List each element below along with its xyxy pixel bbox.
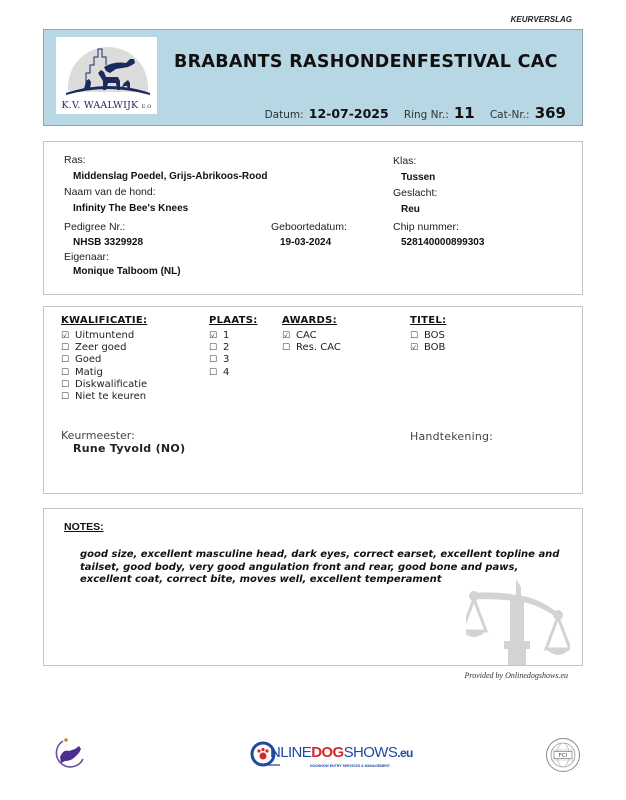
onlinedogshows-logo: NLINEDOGSHOWS.eu DOGSHOW ENTRY SERVICES …: [250, 741, 382, 775]
checkbox-option-label: 3: [223, 354, 229, 365]
checkbox-option-label: Goed: [75, 354, 101, 365]
checkbox-option[interactable]: ☐Niet te keuren: [61, 391, 147, 403]
birthdate-value: 19-03-2024: [280, 237, 331, 248]
document-type-label: KEURVERSLAG: [511, 15, 572, 24]
checkbox-option[interactable]: ☐3: [209, 354, 258, 366]
checked-box-icon[interactable]: ☑: [209, 330, 223, 342]
awards-options: ☑CAC☐Res. CAC: [282, 330, 341, 354]
checked-box-icon[interactable]: ☑: [282, 330, 296, 342]
checkbox-option[interactable]: ☐Goed: [61, 354, 147, 366]
event-meta: Datum: 12-07-2025 Ring Nr.: 11 Cat-Nr.: …: [265, 103, 566, 122]
checkbox-option-label: CAC: [296, 330, 317, 341]
checkbox-option[interactable]: ☑1: [209, 330, 258, 342]
cat-label: Cat-Nr.:: [490, 109, 530, 121]
checkbox-option-label: Uitmuntend: [75, 330, 134, 341]
unchecked-box-icon[interactable]: ☐: [61, 342, 75, 354]
notes-heading: NOTES:: [64, 521, 104, 533]
ods-logo-subtitle: DOGSHOW ENTRY SERVICES & MANAGEMENT: [310, 764, 390, 768]
checkbox-option-label: 1: [223, 330, 229, 341]
title-heading: TITEL:: [410, 315, 446, 326]
checkbox-option-label: Matig: [75, 367, 103, 378]
checkbox-option-label: Res. CAC: [296, 342, 341, 353]
placement-column: PLAATS: ☑1☐2☐3☐4: [209, 315, 258, 379]
scales-of-justice-icon: [466, 579, 570, 665]
date-value: 12-07-2025: [309, 106, 389, 121]
checkbox-option[interactable]: ☐Res. CAC: [282, 342, 341, 354]
unchecked-box-icon[interactable]: ☐: [209, 367, 223, 379]
club-logo-dogs-icon: [56, 37, 157, 99]
notes-panel: NOTES: good size, excellent masculine he…: [43, 508, 583, 666]
event-header: K.V. WAALWIJK E.O BRABANTS RASHONDENFEST…: [43, 29, 583, 126]
signature-label: Handtekening:: [410, 430, 493, 443]
sex-label: Geslacht:: [393, 187, 437, 199]
breed-value: Middenslag Poedel, Grijs-Abrikoos-Rood: [73, 171, 267, 182]
fci-logo-icon: FCI: [545, 737, 581, 773]
checkbox-option[interactable]: ☐Zeer goed: [61, 342, 147, 354]
qualification-options: ☑Uitmuntend☐Zeer goed☐Goed☐Matig☐Diskwal…: [61, 330, 147, 403]
checkbox-option[interactable]: ☑CAC: [282, 330, 341, 342]
dog-name-label: Naam van de hond:: [64, 186, 156, 198]
title-options: ☐BOS☑BOB: [410, 330, 446, 354]
chip-value: 528140000899303: [401, 237, 484, 248]
dog-sport-logo-icon: [53, 737, 87, 771]
class-value: Tussen: [401, 172, 435, 183]
unchecked-box-icon[interactable]: ☐: [410, 330, 424, 342]
pedigree-label: Pedigree Nr.:: [64, 221, 125, 233]
unchecked-box-icon[interactable]: ☐: [61, 354, 75, 366]
club-logo-text: K.V. WAALWIJK E.O: [56, 100, 157, 111]
placement-options: ☑1☐2☐3☐4: [209, 330, 258, 379]
checked-box-icon[interactable]: ☑: [410, 342, 424, 354]
checkbox-option[interactable]: ☐Diskwalificatie: [61, 379, 147, 391]
checkbox-option[interactable]: ☐Matig: [61, 367, 147, 379]
ring-value: 11: [454, 104, 475, 122]
checkbox-option[interactable]: ☑BOB: [410, 342, 446, 354]
checked-box-icon[interactable]: ☑: [61, 330, 75, 342]
unchecked-box-icon[interactable]: ☐: [61, 391, 75, 403]
judge-value: Rune Tyvold (NO): [73, 442, 185, 455]
judge-label: Keurmeester:: [61, 429, 135, 442]
breed-label: Ras:: [64, 154, 86, 166]
chip-label: Chip nummer:: [393, 221, 459, 233]
club-logo: K.V. WAALWIJK E.O: [56, 37, 157, 114]
unchecked-box-icon[interactable]: ☐: [282, 342, 296, 354]
unchecked-box-icon[interactable]: ☐: [209, 342, 223, 354]
ring-label: Ring Nr.:: [404, 109, 449, 121]
checkbox-option-label: BOB: [424, 342, 445, 353]
birthdate-label: Geboortedatum:: [271, 221, 347, 233]
placement-heading: PLAATS:: [209, 315, 258, 326]
checkbox-option-label: Diskwalificatie: [75, 379, 147, 390]
svg-text:FCI: FCI: [559, 753, 568, 759]
qualification-column: KWALIFICATIE: ☑Uitmuntend☐Zeer goed☐Goed…: [61, 315, 147, 403]
ods-logo-text: NLINEDOGSHOWS.eu: [270, 744, 413, 761]
checkbox-option-label: 2: [223, 342, 229, 353]
owner-label: Eigenaar:: [64, 251, 109, 263]
checkbox-option[interactable]: ☐2: [209, 342, 258, 354]
awards-column: AWARDS: ☑CAC☐Res. CAC: [282, 315, 341, 354]
title-column: TITEL: ☐BOS☑BOB: [410, 315, 446, 354]
cat-value: 369: [535, 104, 566, 122]
checkbox-option-label: Niet te keuren: [75, 391, 146, 402]
class-label: Klas:: [393, 155, 416, 167]
checkbox-option-label: 4: [223, 367, 229, 378]
event-title: BRABANTS RASHONDENFESTIVAL CAC: [174, 52, 558, 72]
provided-by-text: Provided by Onlinedogshows.eu: [465, 671, 568, 680]
sex-value: Reu: [401, 204, 420, 215]
checkbox-option[interactable]: ☐BOS: [410, 330, 446, 342]
pedigree-value: NHSB 3329928: [73, 237, 143, 248]
awards-heading: AWARDS:: [282, 315, 341, 326]
dog-name-value: Infinity The Bee's Knees: [73, 203, 188, 214]
checkbox-option[interactable]: ☑Uitmuntend: [61, 330, 147, 342]
qualification-heading: KWALIFICATIE:: [61, 315, 147, 326]
date-label: Datum:: [265, 109, 304, 121]
unchecked-box-icon[interactable]: ☐: [61, 367, 75, 379]
unchecked-box-icon[interactable]: ☐: [61, 379, 75, 391]
unchecked-box-icon[interactable]: ☐: [209, 354, 223, 366]
dog-details-panel: Ras: Middenslag Poedel, Grijs-Abrikoos-R…: [43, 141, 583, 295]
checkbox-option[interactable]: ☐4: [209, 367, 258, 379]
checkbox-option-label: BOS: [424, 330, 445, 341]
checkbox-option-label: Zeer goed: [75, 342, 126, 353]
owner-value: Monique Talboom (NL): [73, 266, 181, 277]
judging-result-panel: KWALIFICATIE: ☑Uitmuntend☐Zeer goed☐Goed…: [43, 306, 583, 494]
